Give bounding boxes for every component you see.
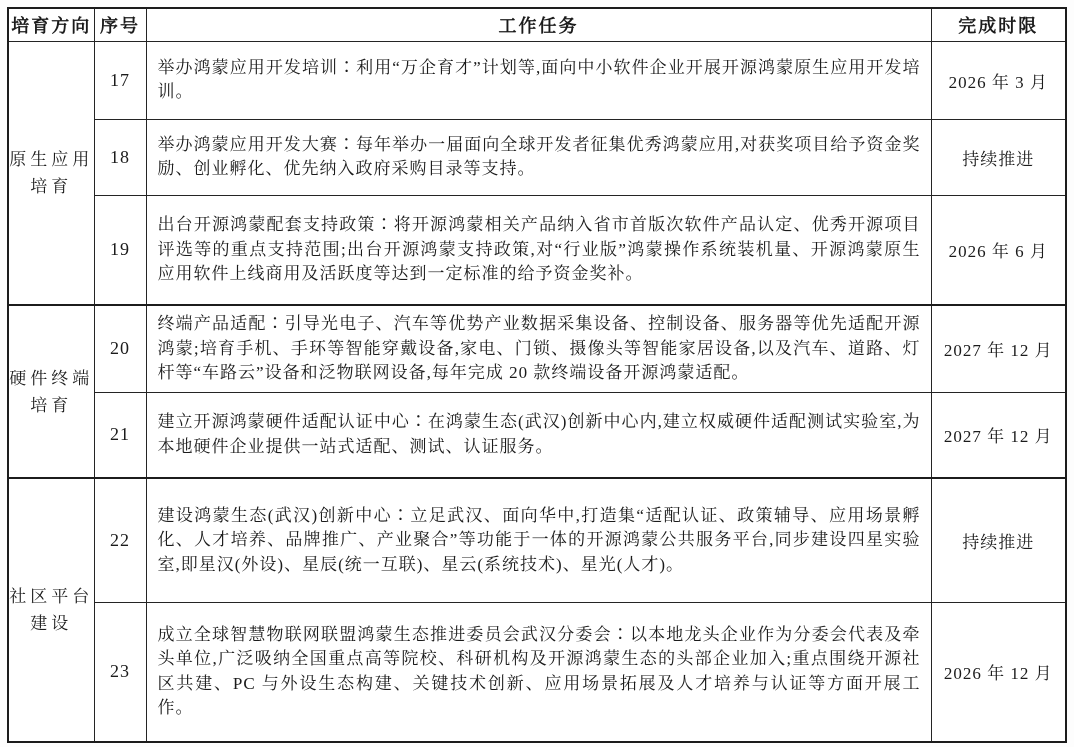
task-text: 建立开源鸿蒙硬件适配认证中心∶在鸿蒙生态(武汉)创新中心内,建立权威硬件适配测试… xyxy=(146,392,931,478)
deadline-text: 2027 年 12 月 xyxy=(931,392,1066,478)
header-cell-task: 工作任务 xyxy=(146,8,931,41)
header-cell-direction: 培育方向 xyxy=(8,8,94,41)
document-page: 培育方向 序号 工作任务 完成时限 原生应用 培育 17 举办鸿蒙应用开发培训∶… xyxy=(0,0,1074,747)
direction-line: 建设 xyxy=(9,610,94,637)
direction-line: 培育 xyxy=(9,392,94,419)
table-row: 19 出台开源鸿蒙配套支持政策∶将开源鸿蒙相关产品纳入省市首版次软件产品认定、优… xyxy=(8,195,1066,305)
row-number: 23 xyxy=(94,602,146,742)
deadline-text: 持续推进 xyxy=(931,119,1066,195)
direction-line: 社区平台 xyxy=(9,583,94,610)
header-cell-deadline: 完成时限 xyxy=(931,8,1066,41)
direction-line: 培育 xyxy=(9,173,94,200)
table-row: 23 成立全球智慧物联网联盟鸿蒙生态推进委员会武汉分委会∶以本地龙头企业作为分委… xyxy=(8,602,1066,742)
deadline-text: 持续推进 xyxy=(931,478,1066,602)
table-row: 21 建立开源鸿蒙硬件适配认证中心∶在鸿蒙生态(武汉)创新中心内,建立权威硬件适… xyxy=(8,392,1066,478)
direction-line: 原生应用 xyxy=(9,146,94,173)
direction-cell-native-apps: 原生应用 培育 xyxy=(8,41,94,305)
deadline-text: 2026 年 12 月 xyxy=(931,602,1066,742)
task-text: 建设鸿蒙生态(武汉)创新中心∶立足武汉、面向华中,打造集“适配认证、政策辅导、应… xyxy=(146,478,931,602)
task-text: 举办鸿蒙应用开发培训∶利用“万企育才”计划等,面向中小软件企业开展开源鸿蒙原生应… xyxy=(146,41,931,119)
table-row: 社区平台 建设 22 建设鸿蒙生态(武汉)创新中心∶立足武汉、面向华中,打造集“… xyxy=(8,478,1066,602)
row-number: 18 xyxy=(94,119,146,195)
work-task-table: 培育方向 序号 工作任务 完成时限 原生应用 培育 17 举办鸿蒙应用开发培训∶… xyxy=(7,7,1067,743)
direction-line: 硬件终端 xyxy=(9,365,94,392)
deadline-text: 2026 年 3 月 xyxy=(931,41,1066,119)
table-row: 硬件终端 培育 20 终端产品适配∶引导光电子、汽车等优势产业数据采集设备、控制… xyxy=(8,305,1066,392)
deadline-text: 2026 年 6 月 xyxy=(931,195,1066,305)
table-row: 18 举办鸿蒙应用开发大赛∶每年举办一届面向全球开发者征集优秀鸿蒙应用,对获奖项… xyxy=(8,119,1066,195)
table-header-row: 培育方向 序号 工作任务 完成时限 xyxy=(8,8,1066,41)
direction-cell-community-platform: 社区平台 建设 xyxy=(8,478,94,742)
task-text: 出台开源鸿蒙配套支持政策∶将开源鸿蒙相关产品纳入省市首版次软件产品认定、优秀开源… xyxy=(146,195,931,305)
row-number: 19 xyxy=(94,195,146,305)
deadline-text: 2027 年 12 月 xyxy=(931,305,1066,392)
row-number: 22 xyxy=(94,478,146,602)
direction-cell-hardware-terminals: 硬件终端 培育 xyxy=(8,305,94,478)
task-text: 成立全球智慧物联网联盟鸿蒙生态推进委员会武汉分委会∶以本地龙头企业作为分委会代表… xyxy=(146,602,931,742)
row-number: 17 xyxy=(94,41,146,119)
row-number: 21 xyxy=(94,392,146,478)
task-text: 举办鸿蒙应用开发大赛∶每年举办一届面向全球开发者征集优秀鸿蒙应用,对获奖项目给予… xyxy=(146,119,931,195)
table-row: 原生应用 培育 17 举办鸿蒙应用开发培训∶利用“万企育才”计划等,面向中小软件… xyxy=(8,41,1066,119)
header-cell-number: 序号 xyxy=(94,8,146,41)
row-number: 20 xyxy=(94,305,146,392)
task-text: 终端产品适配∶引导光电子、汽车等优势产业数据采集设备、控制设备、服务器等优先适配… xyxy=(146,305,931,392)
